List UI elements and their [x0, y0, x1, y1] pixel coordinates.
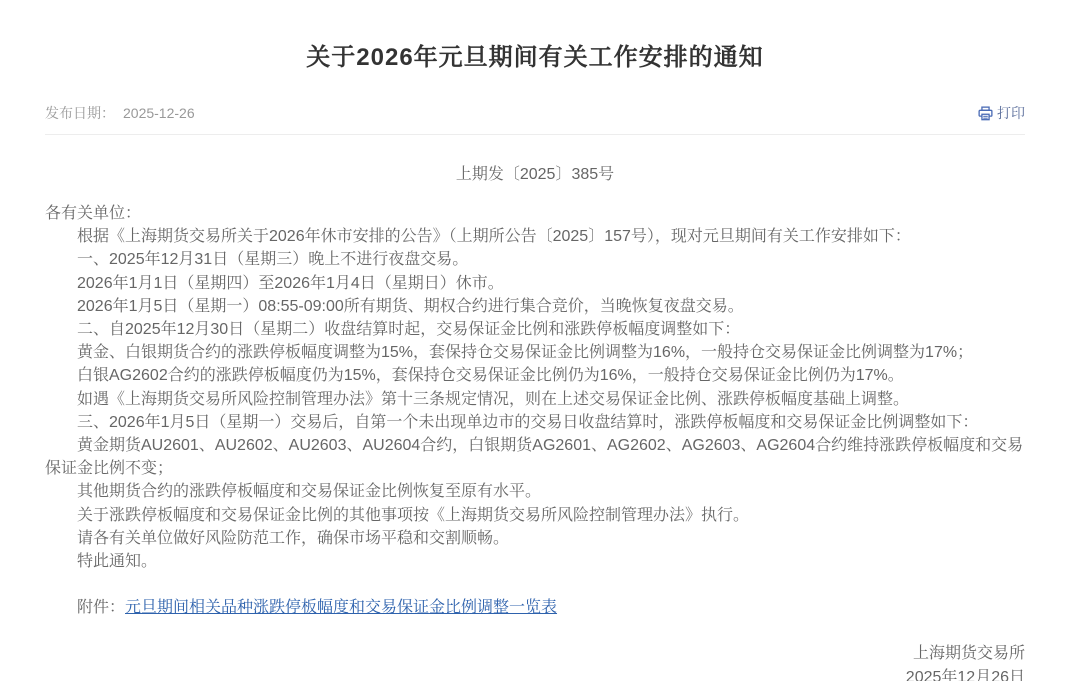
attachment-label: 附件：	[77, 599, 125, 616]
body-paragraph: 三、2026年1月5日（星期一）交易后，自第一个未出现单边市的交易日收盘结算时，…	[45, 411, 1025, 434]
page-title: 关于2026年元旦期间有关工作安排的通知	[45, 37, 1025, 72]
notice-body: 各有关单位： 根据《上海期货交易所关于2026年休市安排的公告》（上期所公告〔2…	[45, 202, 1025, 619]
body-paragraph: 一、2025年12月31日（星期三）晚上不进行夜盘交易。	[45, 248, 1025, 271]
body-paragraph: 2026年1月1日（星期四）至2026年1月4日（星期日）休市。	[45, 272, 1025, 295]
body-paragraph: 如遇《上海期货交易所风险控制管理办法》第十三条规定情况，则在上述交易保证金比例、…	[45, 388, 1025, 411]
body-paragraph: 根据《上海期货交易所关于2026年休市安排的公告》（上期所公告〔2025〕157…	[45, 225, 1025, 248]
body-paragraph: 白银AG2602合约的涨跌停板幅度仍为15%，套保持仓交易保证金比例仍为16%，…	[45, 364, 1025, 387]
attachment-row: 附件：元旦期间相关品种涨跌停板幅度和交易保证金比例调整一览表	[45, 596, 1025, 619]
print-button[interactable]: 打印	[978, 103, 1025, 123]
attachment-link[interactable]: 元旦期间相关品种涨跌停板幅度和交易保证金比例调整一览表	[125, 599, 557, 616]
meta-row: 发布日期：2025-12-26 打印	[45, 103, 1025, 123]
signature-date: 2025年12月26日	[45, 666, 1025, 681]
doc-number: 上期发〔2025〕385号	[45, 161, 1025, 184]
body-paragraph: 2026年1月5日（星期一）08:55-09:00所有期货、期权合约进行集合竞价…	[45, 295, 1025, 318]
salutation: 各有关单位：	[45, 202, 1025, 225]
body-paragraph: 其他期货合约的涨跌停板幅度和交易保证金比例恢复至原有水平。	[45, 480, 1025, 503]
print-button-label: 打印	[997, 103, 1025, 123]
body-paragraph: 黄金、白银期货合约的涨跌停板幅度调整为15%，套保持仓交易保证金比例调整为16%…	[45, 341, 1025, 364]
signature-org: 上海期货交易所	[45, 642, 1025, 665]
body-paragraph: 二、自2025年12月30日（星期二）收盘结算时起，交易保证金比例和涨跌停板幅度…	[45, 318, 1025, 341]
body-paragraph: 特此通知。	[45, 550, 1025, 573]
signature-block: 上海期货交易所 2025年12月26日	[45, 642, 1025, 681]
printer-icon	[978, 106, 993, 121]
publish-date-label: 发布日期：	[45, 105, 115, 121]
body-paragraph: 请各有关单位做好风险防范工作，确保市场平稳和交割顺畅。	[45, 527, 1025, 550]
divider	[45, 134, 1025, 135]
notice-page: 关于2026年元旦期间有关工作安排的通知 发布日期：2025-12-26 打印 …	[45, 0, 1025, 681]
body-paragraph: 关于涨跌停板幅度和交易保证金比例的其他事项按《上海期货交易所风险控制管理办法》执…	[45, 504, 1025, 527]
publish-date-value: 2025-12-26	[123, 105, 195, 121]
body-paragraph: 黄金期货AU2601、AU2602、AU2603、AU2604合约，白银期货AG…	[45, 434, 1025, 480]
